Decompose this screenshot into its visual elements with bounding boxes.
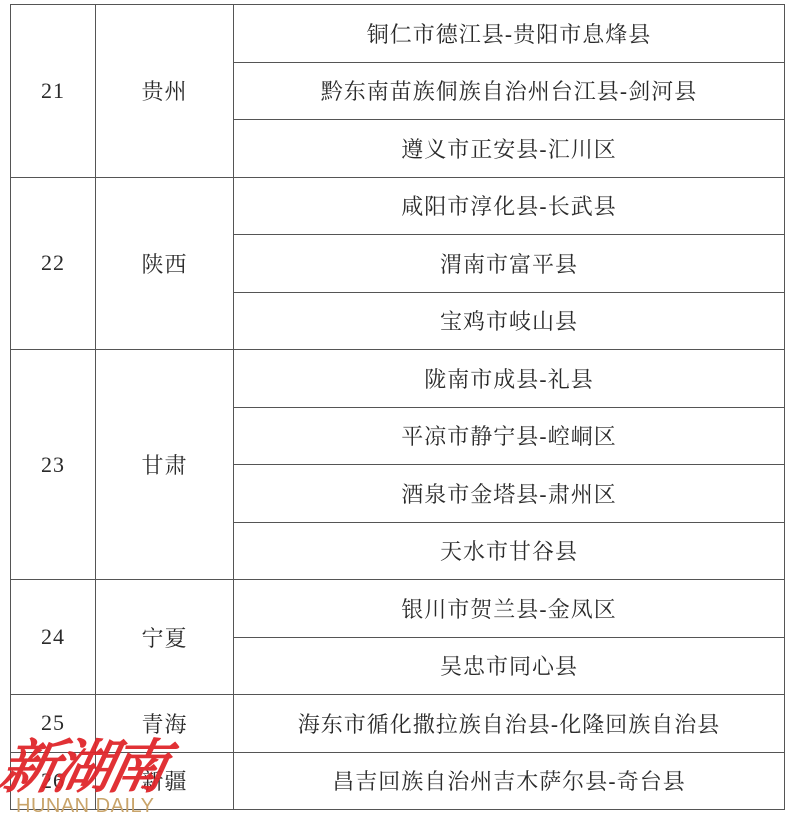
area-cell: 陇南市成县-礼县	[234, 350, 785, 408]
area-cell: 黔东南苗族侗族自治州台江县-剑河县	[234, 62, 785, 120]
area-cell: 铜仁市德江县-贵阳市息烽县	[234, 5, 785, 63]
row-number: 21	[11, 5, 96, 178]
row-number: 26	[11, 752, 96, 810]
table-row: 26 新疆 昌吉回族自治州吉木萨尔县-奇台县	[11, 752, 785, 810]
province-cell: 贵州	[96, 5, 234, 178]
row-number: 23	[11, 350, 96, 580]
row-number: 22	[11, 177, 96, 350]
area-cell: 遵义市正安县-汇川区	[234, 120, 785, 178]
area-cell: 银川市贺兰县-金凤区	[234, 580, 785, 638]
area-cell: 海东市循化撒拉族自治县-化隆回族自治县	[234, 695, 785, 753]
province-cell: 甘肃	[96, 350, 234, 580]
area-cell: 宝鸡市岐山县	[234, 292, 785, 350]
province-cell: 新疆	[96, 752, 234, 810]
table-row: 22 陕西 咸阳市淳化县-长武县	[11, 177, 785, 235]
area-cell: 昌吉回族自治州吉木萨尔县-奇台县	[234, 752, 785, 810]
row-number: 25	[11, 695, 96, 753]
table-row: 24 宁夏 银川市贺兰县-金凤区	[11, 580, 785, 638]
table-row: 23 甘肃 陇南市成县-礼县	[11, 350, 785, 408]
area-cell: 平凉市静宁县-崆峒区	[234, 407, 785, 465]
area-cell: 酒泉市金塔县-肃州区	[234, 465, 785, 523]
table-row: 25 青海 海东市循化撒拉族自治县-化隆回族自治县	[11, 695, 785, 753]
province-cell: 青海	[96, 695, 234, 753]
province-cell: 陕西	[96, 177, 234, 350]
table-row: 21 贵州 铜仁市德江县-贵阳市息烽县	[11, 5, 785, 63]
area-cell: 天水市甘谷县	[234, 522, 785, 580]
row-number: 24	[11, 580, 96, 695]
area-cell: 咸阳市淳化县-长武县	[234, 177, 785, 235]
area-cell: 吴忠市同心县	[234, 637, 785, 695]
area-cell: 渭南市富平县	[234, 235, 785, 293]
province-cell: 宁夏	[96, 580, 234, 695]
region-pairing-table: 21 贵州 铜仁市德江县-贵阳市息烽县 黔东南苗族侗族自治州台江县-剑河县 遵义…	[10, 4, 785, 810]
